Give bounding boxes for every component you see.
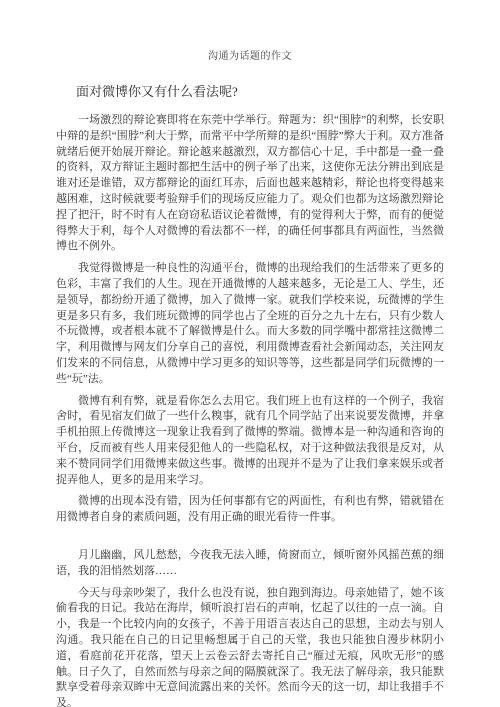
section-break [56,532,444,548]
paragraph-debate: 一场激烈的辩论赛即将在东莞中学举行。辩题为：织“围脖”的利弊，长安职中辩的是织“… [56,113,444,255]
paragraph-weibo-conclusion: 微博的出现本没有错，因为任何事都有它的两面性，有利也有弊，错就错在用微博者自身的… [56,494,444,526]
section-heading: 面对微博你又有什么看法呢? [76,84,444,100]
essay-body: 一场激烈的辩论赛即将在东莞中学举行。辩题为：织“围脖”的利弊，长安职中辩的是织“… [56,113,444,707]
document-title: 沟通为话题的作文 [56,50,444,63]
paragraph-weibo-platform: 我觉得微博是一种良性的沟通平台，微博的出现给我们的生活带来了更多的色彩，丰富了我… [56,261,444,387]
paragraph-mother-quarrel: 今天与母亲吵架了，我什么也没有说，独自跑到海边。母亲她错了，她不该偷看我的日记。… [56,586,444,707]
document-page: 沟通为话题的作文 面对微博你又有什么看法呢? 一场激烈的辩论赛即将在东莞中学举行… [0,0,500,707]
paragraph-moon-night: 月儿幽幽，风儿愁愁，今夜我无法入睡，倚窗而立，倾听窗外风摇芭蕉的细语，我的泪悄然… [56,548,444,580]
paragraph-weibo-pros-cons: 微博有利有弊，就是看你怎么去用它。我们班上也有这样的一个例子，我宿舍时，看见宿友… [56,394,444,489]
